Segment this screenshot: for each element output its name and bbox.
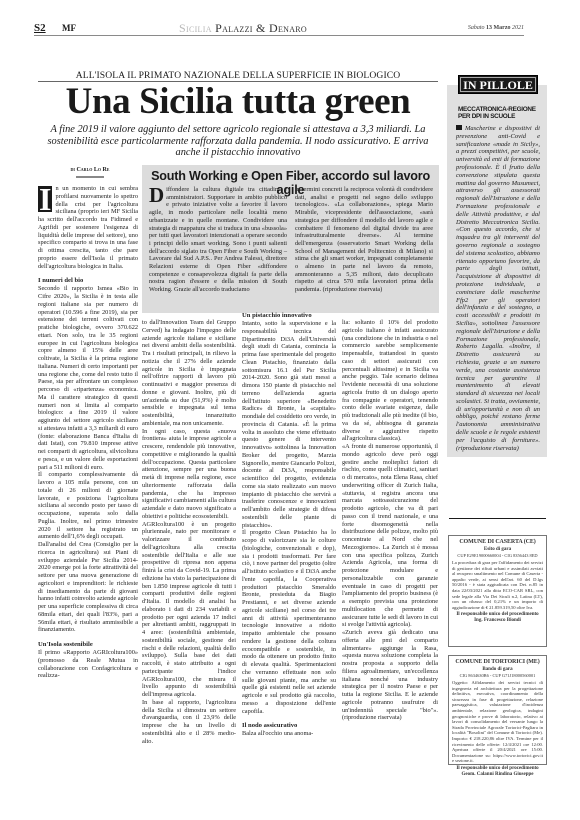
date-day: Sabato — [468, 25, 485, 31]
byline: di Carlo Lo Re — [40, 167, 140, 173]
notice-body: Oggetto: Affidamento dei servizi tecnici… — [452, 680, 543, 764]
page-number: S2 — [34, 22, 46, 34]
paragraph: to dall'Innovation Team del Gruppo Cerve… — [142, 319, 236, 428]
paragraph: In base al rapporto, l'agricoltura della… — [142, 699, 236, 746]
notice-title: COMUNE DI CASERTA (CE) — [452, 539, 543, 546]
paragraph: Balza all'occhio una anoma- — [242, 730, 336, 738]
notice-footer: Il responsabile unico del procedimento I… — [452, 612, 543, 623]
paragraph: «Zurich aveva già dedicato una offerta a… — [342, 629, 438, 722]
boxed-article: South Working e Open Fiber, accordo sul … — [142, 165, 439, 313]
paragraph: iffondere la cultura digitale tra cittad… — [149, 186, 287, 293]
article-subhead: A fine 2019 il valore aggiunto del setto… — [42, 124, 434, 159]
masthead-dark: Palazzi & Denaro — [215, 21, 307, 35]
sidebar-title: MECCATRONICA-REGIONE PER DPI IN SCUOLE — [458, 107, 543, 121]
paragraph: Il comparto complessivamente dà lavoro a… — [38, 471, 138, 541]
date-main: 13 Marzo — [486, 25, 511, 31]
legal-notice-caserta: COMUNE DI CASERTA (CE) Esito di gara CUP… — [448, 535, 547, 647]
sidebar-tab: IN PILLOLE — [458, 75, 538, 94]
page-header: S2 MF Sicilia Palazzi & Denaro Sabato 13… — [34, 22, 524, 36]
paragraph: «A fronte di numerose opportunità, il mo… — [342, 443, 438, 629]
paragraph: Intanto, sotto la supervisione e la resp… — [242, 320, 336, 529]
paragraph: In ogni caso, questa «nuova frontiera» a… — [142, 428, 236, 521]
notice-codes: CUP E29E19000660004 - CIG 8356443 8ED — [452, 553, 543, 558]
notice-codes: CIG 8634630B6 - CUP G71J18000560001 — [452, 673, 543, 678]
paragraph: Secondo il rapporto Ismea «Bio in Cifre … — [38, 285, 138, 471]
byline-divider — [76, 176, 104, 178]
drop-cap: D — [149, 187, 164, 204]
article-intro: n un momento in cui sembra profilarsi nu… — [38, 185, 138, 270]
boxed-article-column-left: Diffondere la cultura digitale tra citta… — [149, 186, 287, 294]
section-heading: Un pistacchio innovativo — [242, 312, 336, 320]
section-heading: Il nodo assicurativo — [242, 722, 336, 730]
boxed-article-column-right: in termini concreti la reciproca volontà… — [295, 186, 433, 294]
paragraph: Il primo «Rapporto AGRIcoltura100» (prom… — [38, 649, 138, 680]
masthead-light: Sicilia — [179, 21, 212, 35]
divider — [449, 518, 546, 519]
article-headline: Una Sicilia tutta green — [38, 82, 438, 122]
notice-title: COMUNE DI TORTORICI (ME) — [452, 659, 543, 666]
paragraph: Il progetto Clean Pistachio ha lo scopo … — [242, 529, 336, 715]
notice-footer: Il responsabile unico del procedimento G… — [452, 766, 543, 777]
section-logo: MF — [62, 23, 76, 33]
paragraph: Dall'analisi del Crea (Consiglio per la … — [38, 541, 138, 634]
article-column-2: to dall'Innovation Team del Gruppo Cerve… — [142, 319, 236, 809]
paragraph: lia: soltanto il 10% del prodotto agrico… — [342, 319, 438, 443]
section-heading: I numeri del bio — [38, 277, 138, 285]
legal-notice-tortorici: COMUNE DI TORTORICI (ME) Bando di gara C… — [448, 655, 547, 765]
notice-body: La procedura di gara per l'affidamento d… — [452, 560, 543, 610]
sidebar-text: Mascherine e dispositivi di prevenzione … — [456, 125, 540, 452]
drop-cap: I — [38, 186, 52, 212]
square-bullet-icon — [456, 125, 462, 130]
issue-date: Sabato 13 Marzo 2021 — [468, 25, 524, 31]
article-column-3: Un pistacchio innovativo Intanto, sotto … — [242, 312, 336, 807]
section-heading: Un'Isola sostenibile — [38, 641, 138, 649]
date-year: 2021 — [512, 25, 524, 31]
paragraph: AGRIcoltura100 è un progetto pluriennale… — [142, 521, 236, 699]
sidebar-body: Mascherine e dispositivi di prevenzione … — [456, 125, 540, 452]
article-column-1: In un momento in cui sembra profilarsi n… — [38, 185, 138, 805]
article-column-4: lia: soltanto il 10% del prodotto agrico… — [342, 319, 438, 809]
masthead: Sicilia Palazzi & Denaro — [179, 21, 307, 36]
